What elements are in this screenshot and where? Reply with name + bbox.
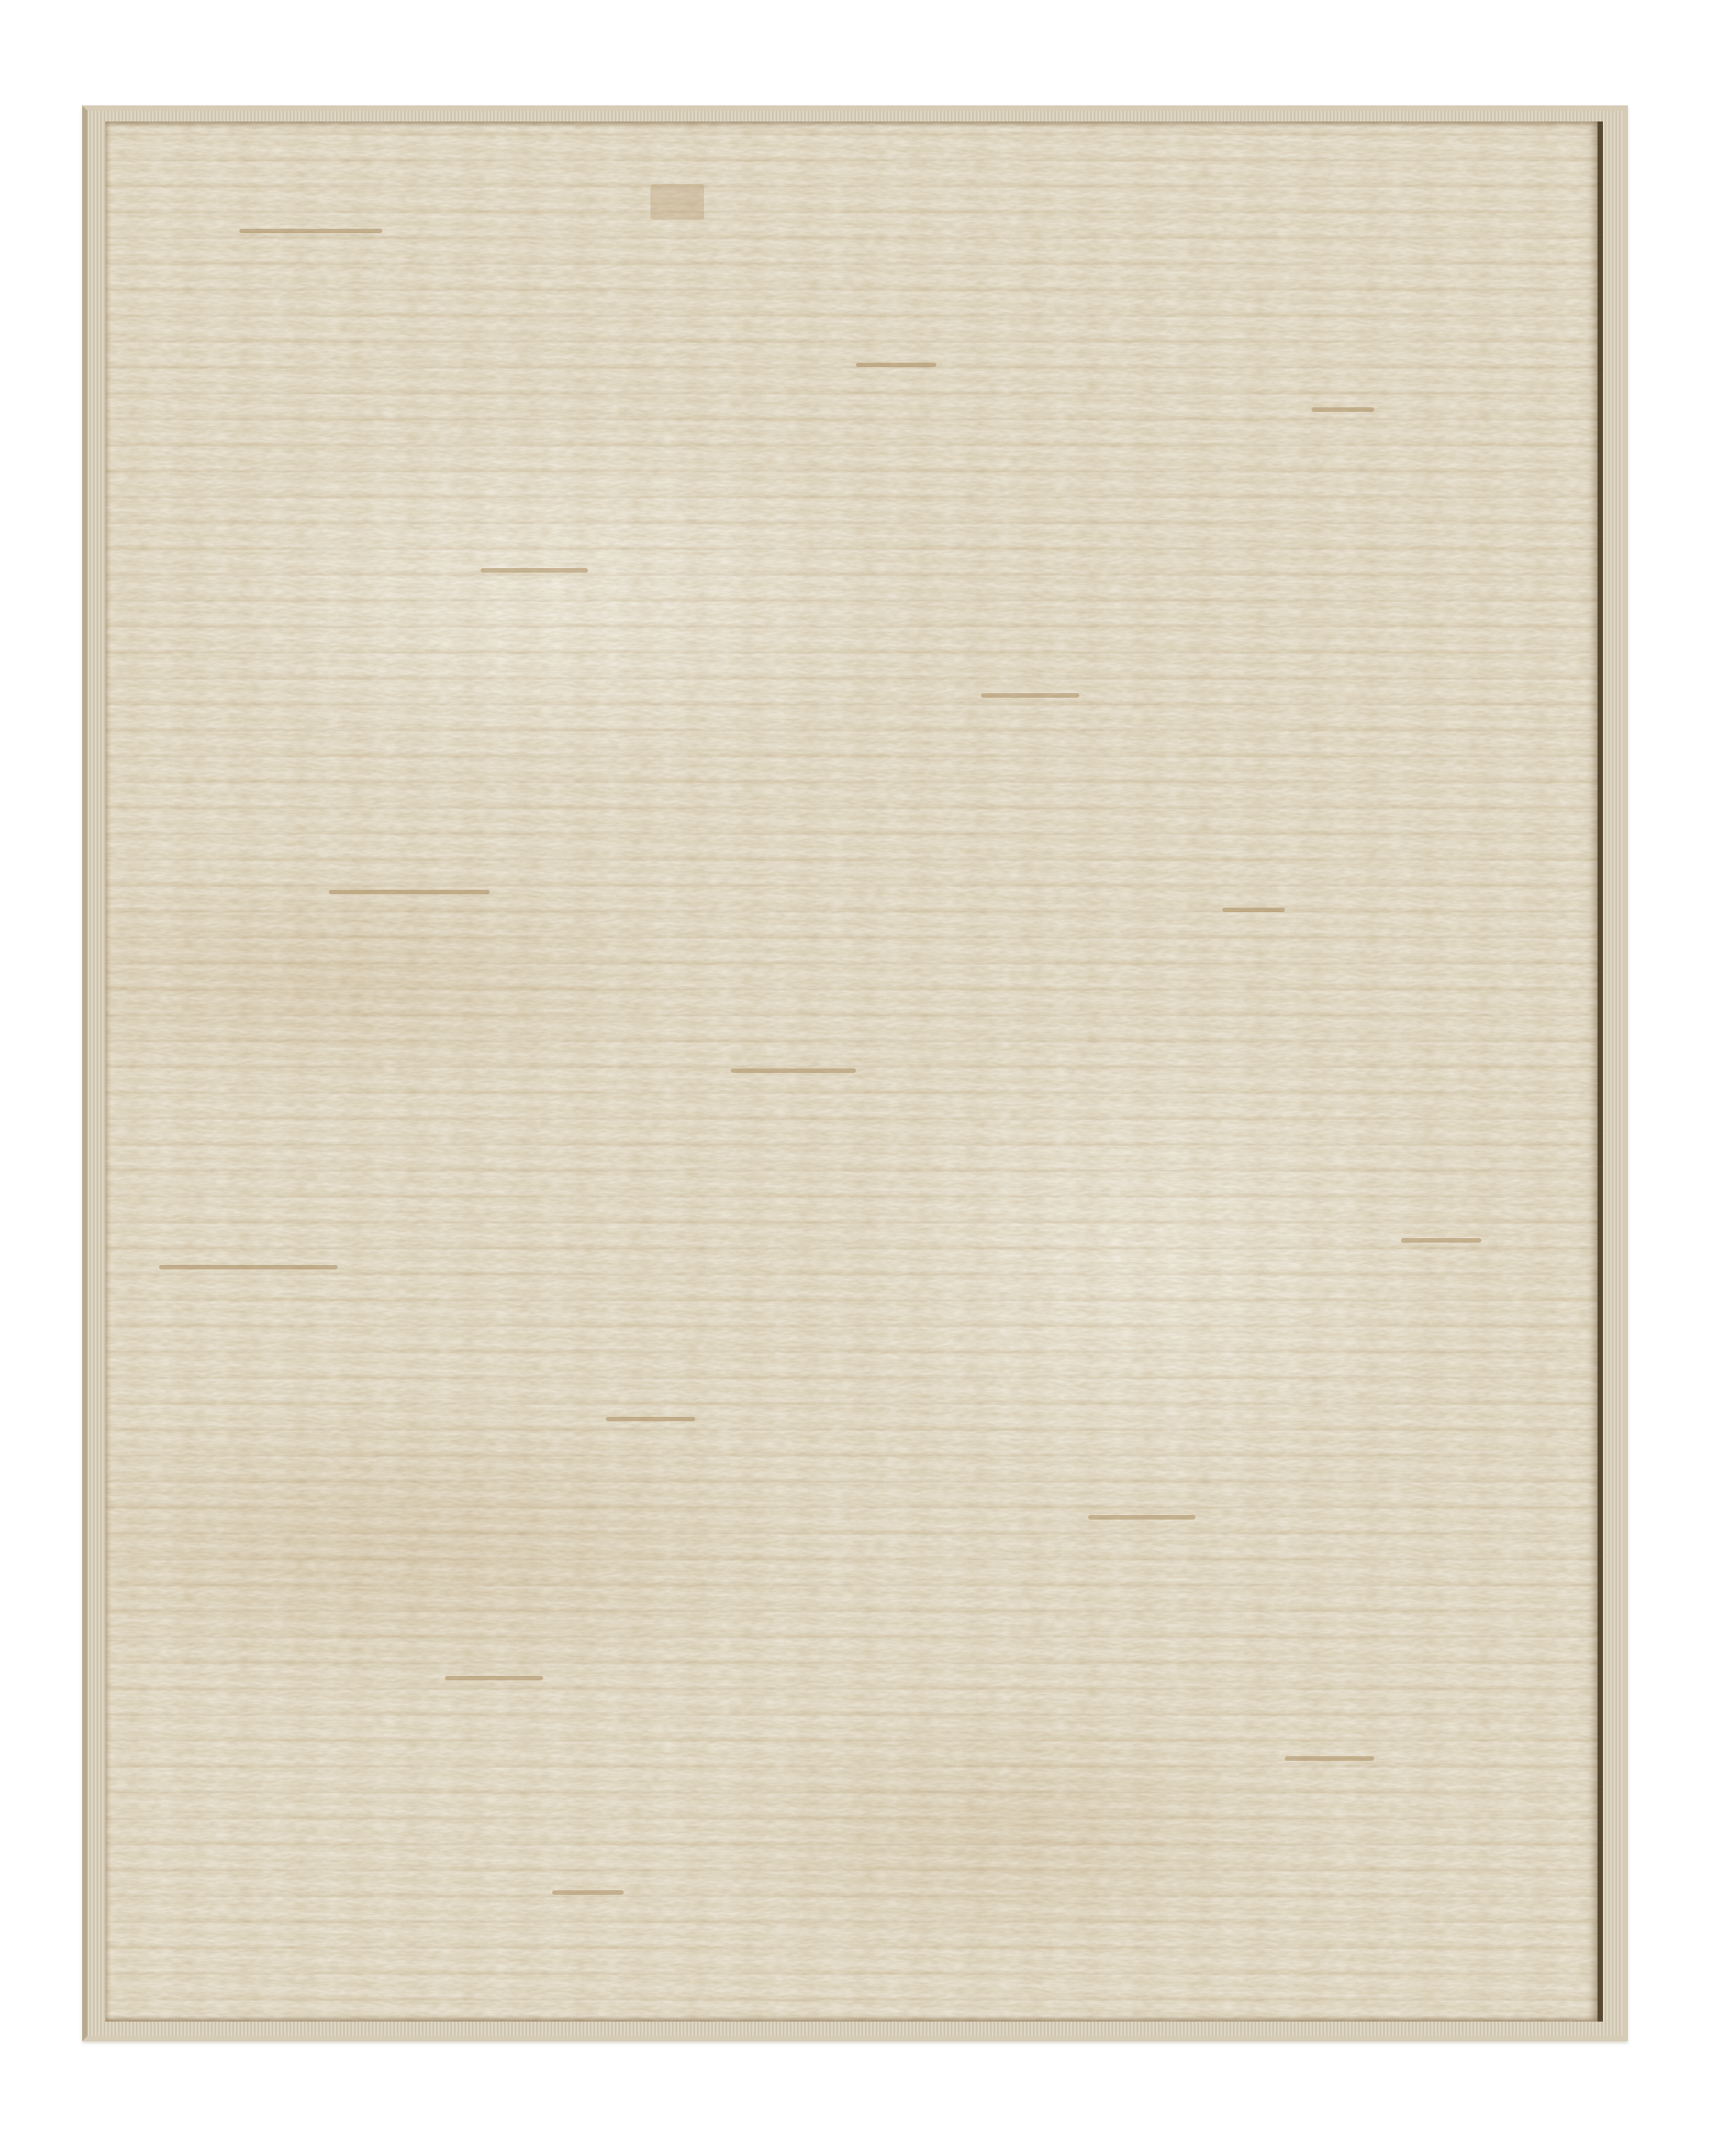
rug	[82, 105, 1628, 2041]
rug-pile-field	[105, 121, 1603, 2022]
